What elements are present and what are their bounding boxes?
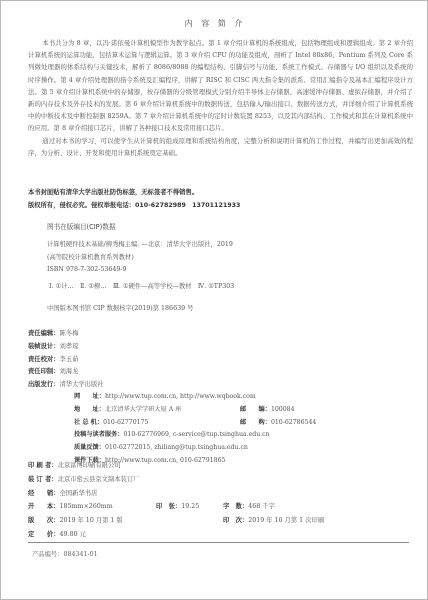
cip-isbn: ISBN 978-7-302-53649-9 bbox=[47, 264, 234, 277]
postcode-label: 邮 编： bbox=[240, 406, 271, 413]
divider-line bbox=[28, 542, 409, 543]
website-label: 网 址： bbox=[74, 393, 105, 400]
feedback-label: 质量反馈： bbox=[74, 444, 105, 451]
product-code-label: 产品编号： bbox=[32, 551, 63, 558]
staff-label: 责任编辑： bbox=[28, 330, 59, 337]
cip-data-block: 图书在版编目(CIP)数据 计算机硬件技术基础/柳秀梅主编. —北京：清华大学出… bbox=[47, 221, 234, 316]
staff-value: 清华大学出版社 bbox=[59, 381, 103, 388]
distributor-value: 全国新华书店 bbox=[59, 490, 97, 497]
staff-value: 刘孝琼 bbox=[59, 343, 78, 350]
contact-row-address: 地 址：北京清华大学学研大厦 A 座 邮 编：100084 bbox=[74, 404, 270, 417]
postcode: 邮 编：100084 bbox=[240, 404, 295, 417]
sheets: 印 张：19.25 bbox=[156, 500, 199, 514]
word-count: 字 数：468 千字 bbox=[223, 500, 275, 514]
edition-value: 2019 年 10 月第 1 版 bbox=[59, 517, 122, 524]
publisher-contact: 网 址：http://www.tup.com.cn, http://www.wq… bbox=[74, 391, 270, 468]
staff-value: 陈冬梅 bbox=[59, 330, 78, 337]
cip-number: 中国版本图书馆 CIP 数据核字(2019)第 186639 号 bbox=[47, 303, 234, 316]
printing-label: 印 次： bbox=[223, 517, 248, 524]
copyright-page: 内 容 简 介 本书共分为 8 章，以冯·诺依曼计算机模型作为教学起点。第 1 … bbox=[0, 0, 428, 600]
printing-value: 2019 年 10 月第 1 次印刷 bbox=[248, 517, 324, 524]
staff-label: 出版发行： bbox=[28, 381, 59, 388]
print-row-price: 定 价：49.80 元 bbox=[28, 528, 139, 542]
mail-order-value: 010-62786544 bbox=[271, 419, 316, 426]
summary-paragraph-1: 本书共分为 8 章，以冯·诺依曼计算机模型作为教学起点。第 1 章介绍计算机的系… bbox=[28, 37, 413, 135]
sheets-value: 19.25 bbox=[181, 503, 199, 510]
address-label: 地 址： bbox=[74, 406, 105, 413]
contact-row-website: 网 址：http://www.tup.com.cn, http://www.wq… bbox=[74, 391, 270, 404]
product-code-value: 084341-01 bbox=[63, 551, 97, 558]
format-value: 185mm×260mm bbox=[59, 503, 112, 510]
piracy-report-line: 版权所有，侵权必究。侵权举报电话：010-62782989 1370112193… bbox=[28, 199, 240, 212]
content-summary: 本书共分为 8 章，以冯·诺依曼计算机模型作为教学起点。第 1 章介绍计算机的系… bbox=[28, 37, 413, 159]
print-row-format: 开 本：185mm×260mm 印 张：19.25 字 数：468 千字 bbox=[28, 500, 139, 514]
staff-label: 责任印制： bbox=[28, 368, 59, 375]
summary-paragraph-2: 通过对本书的学习，可以使学生从计算机的组成原理和系统结构角度，完整分析和说明计算… bbox=[28, 135, 413, 159]
price-label: 定 价： bbox=[28, 531, 59, 538]
edition-label: 版 次： bbox=[28, 517, 59, 524]
copyright-notice: 本书封面贴有清华大学出版社防伪标签，无标签者不得销售。 版权所有，侵权必究。侵权… bbox=[28, 186, 240, 212]
contact-row-feedback: 质量反馈：010-62772015, zhiliang@tup.tsinghua… bbox=[74, 442, 270, 455]
staff-row-design: 装帧设计：刘孝琼 bbox=[28, 341, 104, 354]
printing: 印 次：2019 年 10 月第 1 次印刷 bbox=[223, 514, 324, 528]
staff-label: 装帧设计： bbox=[28, 343, 59, 350]
print-row-printer: 印 刷 者：北京富博印刷有限公司 bbox=[28, 459, 139, 473]
staff-label: 责任校对： bbox=[28, 356, 59, 363]
contact-row-reader-service: 投稿与读者服务：010-62776969, c-service@tup.tsin… bbox=[74, 429, 270, 442]
staff-credits: 责任编辑：陈冬梅 装帧设计：刘孝琼 责任校对：李玉茹 责任印制：刘海龙 出版发行… bbox=[28, 328, 104, 392]
mail-order: 邮 购：010-62786544 bbox=[240, 417, 316, 430]
word-count-value: 468 千字 bbox=[248, 503, 275, 510]
cip-heading: 图书在版编目(CIP)数据 bbox=[47, 221, 234, 231]
switchboard-label: 社 总 机： bbox=[74, 419, 103, 426]
postcode-value: 100084 bbox=[271, 406, 295, 413]
print-info: 印 刷 者：北京富博印刷有限公司 装 订 者：北京市密云县京文制本装订厂 经 销… bbox=[28, 459, 139, 542]
staff-value: 刘海龙 bbox=[59, 368, 78, 375]
summary-title: 内 容 简 介 bbox=[1, 18, 428, 29]
format-label: 开 本： bbox=[28, 503, 59, 510]
reader-service-label: 投稿与读者服务： bbox=[74, 431, 124, 438]
staff-value: 李玉茹 bbox=[59, 356, 78, 363]
staff-row-proofreader: 责任校对：李玉茹 bbox=[28, 354, 104, 367]
print-row-binder: 装 订 者：北京市密云县京文制本装订厂 bbox=[28, 473, 139, 487]
switchboard-value: 010-62770175 bbox=[103, 419, 148, 426]
staff-row-editor: 责任编辑：陈冬梅 bbox=[28, 328, 104, 341]
print-row-distributor: 经 销：全国新华书店 bbox=[28, 487, 139, 501]
product-code: 产品编号：084341-01 bbox=[32, 549, 98, 558]
cip-series: (高等院校计算机教育系列教材) bbox=[47, 252, 234, 265]
sheets-label: 印 张： bbox=[156, 503, 181, 510]
binder-value: 北京市密云县京文制本装订厂 bbox=[58, 476, 140, 483]
cip-classification: Ⅰ. ①计… Ⅱ. ①柳… Ⅲ. ①硬件—高等学校—教材 Ⅳ. ①TP303 bbox=[49, 281, 234, 294]
reader-service-value[interactable]: 010-62776969, c-service@tup.tsinghua.edu… bbox=[124, 431, 270, 438]
address-value: 北京清华大学学研大厦 A 座 bbox=[105, 406, 181, 413]
website-link[interactable]: http://www.tup.com.cn, http://www.wqbook… bbox=[105, 393, 256, 400]
staff-row-printing-supervisor: 责任印制：刘海龙 bbox=[28, 366, 104, 379]
anti-counterfeit-notice: 本书封面贴有清华大学出版社防伪标签，无标签者不得销售。 bbox=[28, 186, 240, 199]
printer-label: 印 刷 者： bbox=[28, 462, 58, 469]
feedback-value[interactable]: 010-62772015, zhiliang@tup.tsinghua.edu.… bbox=[105, 444, 248, 451]
print-row-edition: 版 次：2019 年 10 月第 1 版 印 次：2019 年 10 月第 1 … bbox=[28, 514, 139, 528]
word-count-label: 字 数： bbox=[223, 503, 248, 510]
contact-row-switchboard: 社 总 机：010-62770175 邮 购：010-62786544 bbox=[74, 417, 270, 430]
cip-title-line: 计算机硬件技术基础/柳秀梅主编. —北京：清华大学出版社，2019 bbox=[47, 239, 234, 252]
price-value: 49.80 元 bbox=[59, 531, 85, 538]
printer-value: 北京富博印刷有限公司 bbox=[58, 462, 121, 469]
mail-order-label: 邮 购： bbox=[240, 419, 271, 426]
binder-label: 装 订 者： bbox=[28, 476, 58, 483]
distributor-label: 经 销： bbox=[28, 490, 59, 497]
